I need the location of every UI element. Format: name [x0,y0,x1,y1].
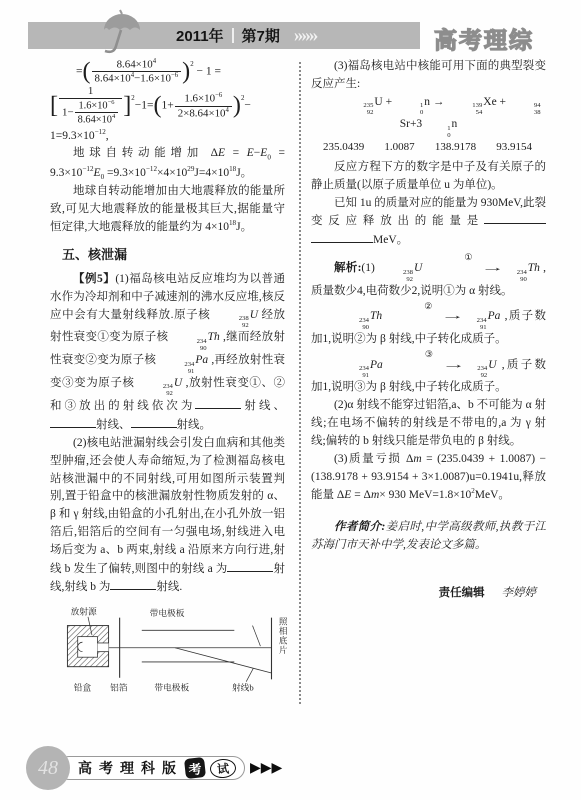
label-ray-b: 射线b [232,681,254,692]
label-source: 放射源 [71,606,97,617]
analysis-step-4: (2)α 射线不能穿过铝箔,a、b 不可能为 α 射线;在电场不偏转的射线是不带… [311,397,546,450]
analysis-step-2: 23490Th②→23491Pa ,质子数加1,说明②为 β 射线,中子转化成质… [311,308,546,348]
formula-line-3: 1=9.3×10−12, [50,127,285,146]
page-footer: 48 高考理科版 考 试 ▶▶▶ [26,746,282,790]
part3-intro: (3)福岛核电站中核能可用下面的典型裂变反应产生: [311,58,546,94]
right-column: (3)福岛核电站中核能可用下面的典型裂变反应产生: 23592U + 10n →… [311,58,546,758]
editor-line: 责任编辑 李婷婷 [311,585,546,603]
mass-values-row: 235.0439 1.0087 138.9178 93.9154 [311,139,546,156]
header-banner: 2011年 第7期 »»» [28,22,420,49]
label-film: 照相底片 [276,617,289,655]
issue-info: 2011年 第7期 [176,25,280,46]
page-body: =(8.64×1048.64×104−1.6×10−6)2 − 1 = [11−… [50,58,546,758]
analysis-step-1: 解析:(1) 23892U①→23490Th ,质量数少4,电荷数少2,说明①为… [311,260,546,300]
analysis-step-3: 23491Pa③→23492U ,质子数加1,说明③为 β 射线,中子转化成质子… [311,357,546,397]
editor-label: 责任编辑 [439,587,485,599]
magazine-title: 高考理综 [434,22,534,55]
section-heading: 五、核泄漏 [62,245,285,265]
left-column: =(8.64×1048.64×104−1.6×10−6)2 − 1 = [11−… [50,58,285,758]
editor-name: 李婷婷 [502,587,537,599]
label-foil: 铝箔 [110,681,128,692]
author-bio: 作者简介:姜启时,中学高级教师,执教于江苏海门市天补中学,发表论文多篇。 [311,519,546,555]
experiment-diagram: 放射源 带电极板 铅盒 铝箔 带电极板 射线b 照相底片 [56,605,294,697]
analysis-step-5: (3)质量亏损 Δm = (235.0439 + 1.0087) − (138.… [311,451,546,505]
issue-year: 2011年 [176,25,224,46]
kao-stamp: 考 [184,757,206,779]
label-lead-box: 铅盒 [74,681,92,692]
footer-arrows-icon: ▶▶▶ [250,760,282,776]
exit-hole [97,643,108,652]
magazine-page: 2011年 第7期 »»» 高考理综 =(8.64×1048.64×104−1.… [0,0,581,800]
example5-paragraph: 【例5】(1)福岛核电站反应堆均为以普通水作为冷却剂和中子减速剂的沸水反应堆,核… [50,271,285,435]
mass-value: 93.9154 [496,139,532,156]
label-plate-bottom: 带电极板 [154,681,189,692]
part2-paragraph: (2)核电站泄漏射线会引发白血病和其他类型肿瘤,还会使人寿命缩短,为了检测福岛核… [50,435,285,597]
mass-value: 235.0439 [323,139,364,156]
brand-pill: 高考理科版 考 试 [57,756,245,780]
fission-equation: 23592U + 10n → 13954Xe + 9438Sr+310n [311,94,546,139]
ray-b-line [175,648,271,673]
mass-value: 1.0087 [384,139,414,156]
page-number-badge: 48 [26,746,70,790]
issue-separator [232,28,234,43]
formula-line-1: =(8.64×1048.64×104−1.6×10−6)2 − 1 = [76,58,285,85]
energy-question-paragraph: 已知 1u 的质量对应的能量为 930MeV,此裂变反应释放出的能量是MeV。 [311,195,546,250]
mass-value: 138.9178 [435,139,476,156]
ray-leader-line [253,626,261,647]
shi-stamp: 试 [209,758,236,779]
issue-number: 第7期 [242,25,280,46]
experiment-diagram-svg: 放射源 带电极板 铅盒 铝箔 带电极板 射线b [56,605,294,692]
label-plate-top: 带电极板 [150,607,185,618]
chevrons-icon: »»» [294,26,317,45]
earth-energy-paragraph-1: 地球自转动能增加 ΔE = E−E0 = 9.3×10−12E0 =9.3×10… [50,145,285,182]
mass-note-paragraph: 反应方程下方的数字是中子及有关原子的静止质量(以原子质量单位 u 为单位)。 [311,159,546,195]
brand-text: 高考理科版 [78,758,183,778]
formula-line-2: [11−1.6×10−68.64×104]2−1=(1+1.6×10−62×8.… [50,85,285,126]
earth-energy-paragraph-2: 地球自转动能增加由大地震释放的能量所致,可见大地震释放的能量极其巨大,据能量守恒… [50,183,285,237]
umbrella-icon [90,4,146,61]
